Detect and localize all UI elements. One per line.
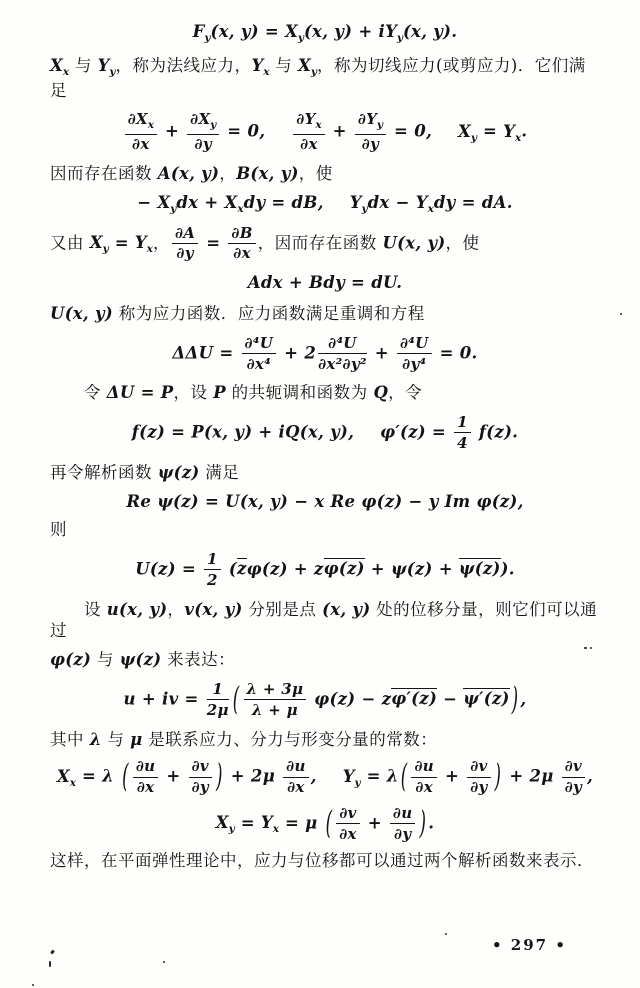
- fraction-numerator: ∂⁴U: [397, 335, 432, 354]
- math-run: +: [439, 767, 465, 786]
- text-run: ，称为法线应力，: [115, 56, 251, 75]
- para-exist-AB: 因而存在函数 A(x, y)，B(x, y)，使: [50, 163, 600, 185]
- math-subscripted: Fy: [193, 22, 211, 41]
- text-run: 这样，在平面弹性理论中，应力与位移都可以通过两个解析函数来表示．: [50, 851, 594, 870]
- math-run: = λ: [76, 767, 120, 786]
- fraction-denominator: 2: [204, 570, 221, 588]
- fraction-numerator: ∂B: [228, 225, 255, 244]
- fraction: ∂A∂y: [172, 225, 198, 263]
- fraction: ∂B∂x: [228, 225, 255, 263]
- fraction-numerator: ∂v: [562, 758, 585, 777]
- math-subscripted: Yx: [416, 193, 434, 212]
- fraction-numerator: ∂⁴U: [318, 335, 367, 354]
- eq-equilibrium: ∂Xx∂x + ∂Xy∂y = 0,∂Yx∂x + ∂Yy∂y = 0,Xy =…: [50, 110, 600, 154]
- text-run: ，设: [173, 383, 213, 402]
- math-run: (x, y): [322, 600, 370, 619]
- math-run: U(x, y): [50, 304, 113, 323]
- fraction: ∂u∂x: [133, 758, 159, 796]
- text-run: ，: [219, 164, 236, 183]
- text-run: ，: [153, 233, 170, 252]
- text-run: ，令: [388, 383, 422, 402]
- math-run: = λ: [361, 767, 399, 786]
- math-run: u + iv =: [124, 689, 205, 708]
- overline-conjugate: φ′(z): [391, 688, 437, 707]
- fraction-denominator: ∂y: [467, 778, 490, 796]
- math-run: ∂v: [339, 804, 356, 822]
- scan-speck: [163, 961, 165, 963]
- math-run: P: [213, 383, 226, 402]
- math-run: z: [237, 559, 247, 578]
- big-paren: (: [401, 756, 408, 797]
- eq-fz: f(z) = P(x, y) + iQ(x, y),φ′(z) = 14 f(z…: [50, 413, 600, 453]
- math-run: 1: [457, 413, 468, 431]
- math-subscripted: Xy: [90, 233, 109, 252]
- math-run: ∂u: [414, 757, 434, 775]
- fraction-denominator: ∂x⁴: [242, 354, 277, 372]
- para-exist-U: 又由 Xy = Yx，∂A∂y = ∂B∂x，因而存在函数 U(x, y)，使: [50, 224, 600, 264]
- text-run: ，因而存在函数: [258, 233, 383, 252]
- text-run: 再令解析函数: [50, 463, 158, 482]
- math-run: (x, y) + i: [304, 22, 385, 41]
- eq-boundary-force: Fy(x, y) = Xy(x, y) + iYy(x, y).: [50, 21, 600, 46]
- math-subscripted: Yy: [366, 110, 383, 128]
- fraction-denominator: ∂x: [228, 244, 255, 262]
- text-run: 满足: [199, 463, 239, 482]
- math-run: = 0,: [388, 122, 432, 141]
- math-run: ∂x²∂y²: [318, 355, 367, 373]
- big-paren: ): [495, 756, 502, 797]
- math-subscripted: Xy: [298, 56, 317, 75]
- eq-biharmonic: ΔΔU = ∂⁴U∂x⁴ + 2∂⁴U∂x²∂y² + ∂⁴U∂y⁴ = 0.: [50, 334, 600, 374]
- math-run: + ψ(z) +: [365, 559, 459, 578]
- scan-speck: [620, 313, 622, 315]
- fraction-numerator: 1: [204, 551, 221, 570]
- scan-speck: [49, 961, 51, 967]
- math-run: ∂u: [393, 804, 413, 822]
- fraction-denominator: ∂x: [336, 824, 359, 842]
- math-run: ∂y: [176, 244, 193, 262]
- fraction-numerator: ∂v: [467, 758, 490, 777]
- overline-conjugate: ψ′(z): [463, 688, 509, 707]
- math-run: =: [477, 122, 503, 141]
- math-subscripted: Yx: [261, 813, 279, 832]
- math-run: = 0,: [221, 122, 265, 141]
- fraction: ∂u∂x: [411, 758, 437, 796]
- scan-speck: [584, 647, 587, 649]
- fraction: λ + 3μλ + μ: [244, 681, 307, 719]
- math-run: (: [223, 559, 237, 578]
- fraction-numerator: ∂Xy: [187, 111, 219, 134]
- math-run: ∂x: [300, 135, 318, 153]
- fraction: ∂v∂y: [189, 758, 212, 796]
- math-run: ∂y: [362, 135, 379, 153]
- math-run: φ′(z): [391, 689, 437, 708]
- math-run: ΔΔU =: [172, 343, 239, 362]
- math-run: 1: [207, 550, 218, 568]
- eq-Xy-Yx: Xy = Yx = μ (∂v∂x + ∂u∂y).: [50, 804, 600, 844]
- math-run: =: [235, 813, 261, 832]
- math-run: u(x, y): [107, 600, 168, 619]
- text-run: 令: [84, 383, 107, 402]
- math-run: ∂x: [137, 778, 155, 796]
- math-run: φ(z): [324, 559, 365, 578]
- fraction-denominator: ∂y: [355, 135, 386, 153]
- fraction-denominator: ∂x: [293, 135, 324, 153]
- overline-conjugate: φ(z): [324, 558, 365, 577]
- math-run: ∂⁴U: [245, 334, 274, 352]
- math-subscripted: Yx: [503, 122, 521, 141]
- math-subscripted: Xy: [216, 813, 235, 832]
- fraction-numerator: ∂⁴U: [242, 335, 277, 354]
- text-run: 是联系应力、分力与形变分量的常数：: [143, 730, 438, 749]
- math-run: dx −: [368, 193, 416, 212]
- text-run: 与: [69, 56, 98, 75]
- fraction: ∂v∂x: [336, 805, 359, 843]
- fraction-denominator: ∂x: [411, 778, 437, 796]
- math-run: φ(z) − z: [308, 689, 391, 708]
- text-run: 则: [50, 520, 67, 539]
- math-run: ΔU = P: [107, 383, 174, 402]
- para-stress-function: U(x, y) 称为应力函数．应力函数满足重调和方程: [50, 303, 600, 325]
- math-subscripted: Yx: [305, 110, 322, 128]
- page-number: • 297 •: [492, 936, 567, 954]
- scan-speck: [32, 984, 34, 986]
- math-run: ∂: [190, 110, 198, 128]
- eq-dB-dA: − Xydx + Xxdy = dB,Yydx − Yxdy = dA.: [50, 192, 600, 217]
- math-run: U(z) =: [135, 559, 202, 578]
- text-run: 因而存在函数: [50, 164, 158, 183]
- math-subscripted: Xy: [285, 22, 304, 41]
- fraction-numerator: 1: [454, 414, 471, 433]
- scan-speck: [50, 950, 55, 955]
- fraction-numerator: ∂v: [189, 758, 212, 777]
- para-express: φ(z) 与 ψ(z) 来表达：: [50, 649, 600, 671]
- big-paren: ): [419, 803, 426, 844]
- math-run: λ + μ: [252, 701, 298, 719]
- math-run: dy = dB,: [244, 193, 324, 212]
- text-run: 其中: [50, 730, 90, 749]
- fraction-denominator: ∂y⁴: [397, 354, 432, 372]
- fraction-numerator: ∂u: [133, 758, 159, 777]
- math-run: ∂y: [470, 778, 487, 796]
- math-run: + 2μ: [225, 767, 281, 786]
- fraction-numerator: ∂A: [172, 225, 198, 244]
- math-run: ψ(z): [158, 463, 200, 482]
- math-run: ∂B: [231, 224, 252, 242]
- text-run: 分别是点: [243, 600, 323, 619]
- big-paren: ): [512, 679, 519, 720]
- para-constants: 其中 λ 与 μ 是联系应力、分力与形变分量的常数：: [50, 729, 600, 751]
- book-page: Fy(x, y) = Xy(x, y) + iYy(x, y).Xx 与 Yy，…: [0, 0, 640, 988]
- math-run: ψ(z): [459, 559, 501, 578]
- math-run: dx +: [176, 193, 224, 212]
- math-subscripted: Yx: [135, 233, 153, 252]
- overline-conjugate: z: [237, 558, 247, 577]
- math-run: ∂u: [136, 757, 156, 775]
- para-conclusion: 这样，在平面弹性理论中，应力与位移都可以通过两个解析函数来表示．: [50, 850, 600, 872]
- fraction-denominator: 2μ: [207, 700, 229, 718]
- math-run: +: [159, 122, 185, 141]
- fraction-numerator: ∂Yy: [355, 111, 386, 134]
- text-run: ，使: [446, 233, 480, 252]
- math-run: ∂y: [565, 778, 582, 796]
- text-run: 来表达：: [161, 650, 235, 669]
- fraction-denominator: ∂x: [133, 778, 159, 796]
- math-run: dy = dA.: [434, 193, 513, 212]
- math-subscripted: Yy: [385, 22, 403, 41]
- text-run: 设: [84, 600, 107, 619]
- math-run: ∂y⁴: [402, 355, 426, 373]
- math-run: A(x, y): [158, 164, 219, 183]
- eq-u-iv: u + iv = 12μ(λ + 3μλ + μ φ(z) − zφ′(z) −…: [50, 680, 600, 720]
- para-then: 则: [50, 519, 600, 541]
- math-run: ∂v: [470, 757, 487, 775]
- fraction: ∂Xx∂x: [125, 111, 157, 153]
- big-paren: (: [122, 756, 129, 797]
- math-run: ∂⁴U: [400, 334, 429, 352]
- fraction: ∂u∂x: [283, 758, 309, 796]
- fraction: ∂Xy∂y: [187, 111, 219, 153]
- fraction-denominator: ∂x²∂y²: [318, 354, 367, 372]
- math-run: 2: [207, 571, 218, 589]
- math-run: ∂⁴U: [328, 334, 357, 352]
- math-run: ψ(z): [120, 650, 162, 669]
- math-run: μ: [130, 730, 142, 749]
- fraction-numerator: ∂Yx: [293, 111, 324, 134]
- math-subscripted: Xx: [50, 56, 69, 75]
- fraction-numerator: ∂u: [283, 758, 309, 777]
- fraction-numerator: λ + 3μ: [244, 681, 307, 700]
- fraction-numerator: ∂v: [336, 805, 359, 824]
- math-run: 2μ: [207, 701, 229, 719]
- math-subscripted: Xx: [136, 110, 154, 128]
- math-run: + 2μ: [503, 767, 559, 786]
- math-run: ∂x: [287, 778, 305, 796]
- text-run: 又由: [50, 233, 90, 252]
- math-run: (x, y) =: [210, 22, 285, 41]
- para-displacement: 设 u(x, y)，v(x, y) 分别是点 (x, y) 处的位移分量，则它们…: [50, 599, 600, 643]
- math-run: ∂v: [192, 757, 209, 775]
- math-run: v(x, y): [184, 600, 242, 619]
- math-run: φ′(z) =: [380, 422, 452, 441]
- math-subscripted: Yy: [350, 193, 368, 212]
- math-subscripted: Yy: [343, 767, 361, 786]
- math-run: ∂x: [233, 244, 251, 262]
- math-run: ,: [520, 689, 526, 708]
- fraction-denominator: 4: [454, 433, 471, 451]
- text-run: 的共轭调和函数为: [226, 383, 374, 402]
- fraction-denominator: λ + μ: [244, 700, 307, 718]
- fraction: ∂Yy∂y: [355, 111, 386, 153]
- math-run: B(x, y): [236, 164, 299, 183]
- math-run: λ + 3μ: [247, 680, 304, 698]
- math-run: +: [362, 813, 388, 832]
- math-run: ∂x⁴: [247, 355, 271, 373]
- math-run: ψ′(z): [463, 689, 509, 708]
- math-subscripted: Xy: [199, 110, 217, 128]
- math-run: φ(z): [50, 650, 91, 669]
- math-run: 4: [457, 434, 468, 452]
- fraction: ∂u∂y: [390, 805, 416, 843]
- big-paren: (: [326, 803, 333, 844]
- fraction: ∂⁴U∂x²∂y²: [318, 335, 367, 373]
- fraction: ∂⁴U∂x⁴: [242, 335, 277, 373]
- math-subscripted: Yx: [251, 56, 269, 75]
- math-run: (x, y).: [403, 22, 457, 41]
- math-run: 1: [212, 680, 223, 698]
- math-run: Re ψ(z) = U(x, y) − x Re φ(z) − y Im φ(z…: [126, 492, 523, 511]
- fraction: ∂⁴U∂y⁴: [397, 335, 432, 373]
- math-subscripted: Yy: [98, 56, 116, 75]
- math-run: = μ: [279, 813, 324, 832]
- fraction-denominator: ∂y: [172, 244, 198, 262]
- text-run: 与: [91, 650, 120, 669]
- para-let-P: 令 ΔU = P，设 P 的共轭调和函数为 Q，令: [50, 382, 600, 404]
- math-run: ∂y: [394, 825, 411, 843]
- text-run: 与: [270, 56, 299, 75]
- fraction-denominator: ∂x: [283, 778, 309, 796]
- math-run: +: [369, 343, 395, 362]
- fraction: 12μ: [207, 681, 229, 719]
- overline-conjugate: ψ(z): [459, 558, 501, 577]
- math-run: ,: [587, 767, 593, 786]
- scan-speck: [590, 647, 592, 649]
- math-run: ∂x: [339, 825, 357, 843]
- big-paren: ): [216, 756, 223, 797]
- fraction-numerator: 1: [207, 681, 229, 700]
- math-run: .: [428, 813, 434, 832]
- math-subscripted: Xy: [458, 122, 477, 141]
- para-stress-names: Xx 与 Yy，称为法线应力，Yx 与 Xy，称为切线应力(或剪应力)．它们满足: [50, 55, 600, 102]
- fraction: ∂Yx∂x: [293, 111, 324, 153]
- math-run: f(z).: [473, 422, 518, 441]
- fraction-denominator: ∂y: [562, 778, 585, 796]
- scan-speck: [445, 933, 447, 935]
- math-run: −: [437, 689, 463, 708]
- math-run: f(z) = P(x, y) + iQ(x, y),: [132, 422, 354, 441]
- eq-Uz: U(z) = 12 (zφ(z) + zφ(z) + ψ(z) + ψ(z)).: [50, 550, 600, 590]
- math-run: ∂: [128, 110, 136, 128]
- math-subscripted: Xy: [157, 193, 176, 212]
- math-subscripted: Xx: [225, 193, 244, 212]
- math-run: ∂x: [415, 778, 433, 796]
- fraction-denominator: ∂x: [125, 135, 157, 153]
- math-run: ∂x: [132, 135, 150, 153]
- math-run: U(x, y): [382, 233, 445, 252]
- math-run: ).: [501, 559, 515, 578]
- eq-dU: Adx + Bdy = dU.: [50, 272, 600, 294]
- math-run: ∂: [296, 110, 304, 128]
- math-run: .: [521, 122, 527, 141]
- fraction-denominator: ∂y: [390, 824, 416, 842]
- fraction-numerator: ∂Xx: [125, 111, 157, 134]
- fraction: ∂v∂y: [562, 758, 585, 796]
- math-run: =: [109, 233, 135, 252]
- text-run: ，: [167, 600, 184, 619]
- math-run: −: [137, 193, 157, 212]
- math-run: +: [160, 767, 186, 786]
- math-run: ∂y: [195, 135, 212, 153]
- text-run: ，使: [299, 164, 333, 183]
- math-run: =: [200, 233, 226, 252]
- math-run: ∂A: [175, 224, 195, 242]
- text-run: 与: [102, 730, 131, 749]
- math-run: Q: [373, 383, 388, 402]
- fraction: ∂v∂y: [467, 758, 490, 796]
- math-run: ∂u: [286, 757, 306, 775]
- fraction-numerator: ∂u: [411, 758, 437, 777]
- math-run: ,: [311, 767, 317, 786]
- math-run: + 2: [278, 343, 316, 362]
- math-run: ∂: [358, 110, 366, 128]
- eq-Xx-Yy: Xx = λ (∂u∂x + ∂v∂y) + 2μ ∂u∂x,Yy = λ(∂u…: [50, 757, 600, 797]
- math-run: λ: [90, 730, 102, 749]
- fraction-denominator: ∂y: [187, 135, 219, 153]
- math-run: ∂v: [565, 757, 582, 775]
- math-run: ∂y: [192, 778, 209, 796]
- eq-Re-psi: Re ψ(z) = U(x, y) − x Re φ(z) − y Im φ(z…: [50, 491, 600, 513]
- fraction-numerator: ∂u: [390, 805, 416, 824]
- math-run: Adx + Bdy = dU.: [248, 273, 403, 292]
- fraction: 12: [204, 551, 221, 589]
- fraction-denominator: ∂y: [189, 778, 212, 796]
- math-run: +: [327, 122, 353, 141]
- big-paren: (: [233, 679, 240, 720]
- para-psi-def: 再令解析函数 ψ(z) 满足: [50, 462, 600, 484]
- fraction: 14: [454, 414, 471, 452]
- page-content: Fy(x, y) = Xy(x, y) + iYy(x, y).Xx 与 Yy，…: [50, 12, 600, 872]
- text-run: 称为应力函数．应力函数满足重调和方程: [113, 304, 425, 323]
- math-subscripted: Xx: [57, 767, 76, 786]
- math-run: φ(z) + z: [247, 559, 324, 578]
- math-run: = 0.: [434, 343, 478, 362]
